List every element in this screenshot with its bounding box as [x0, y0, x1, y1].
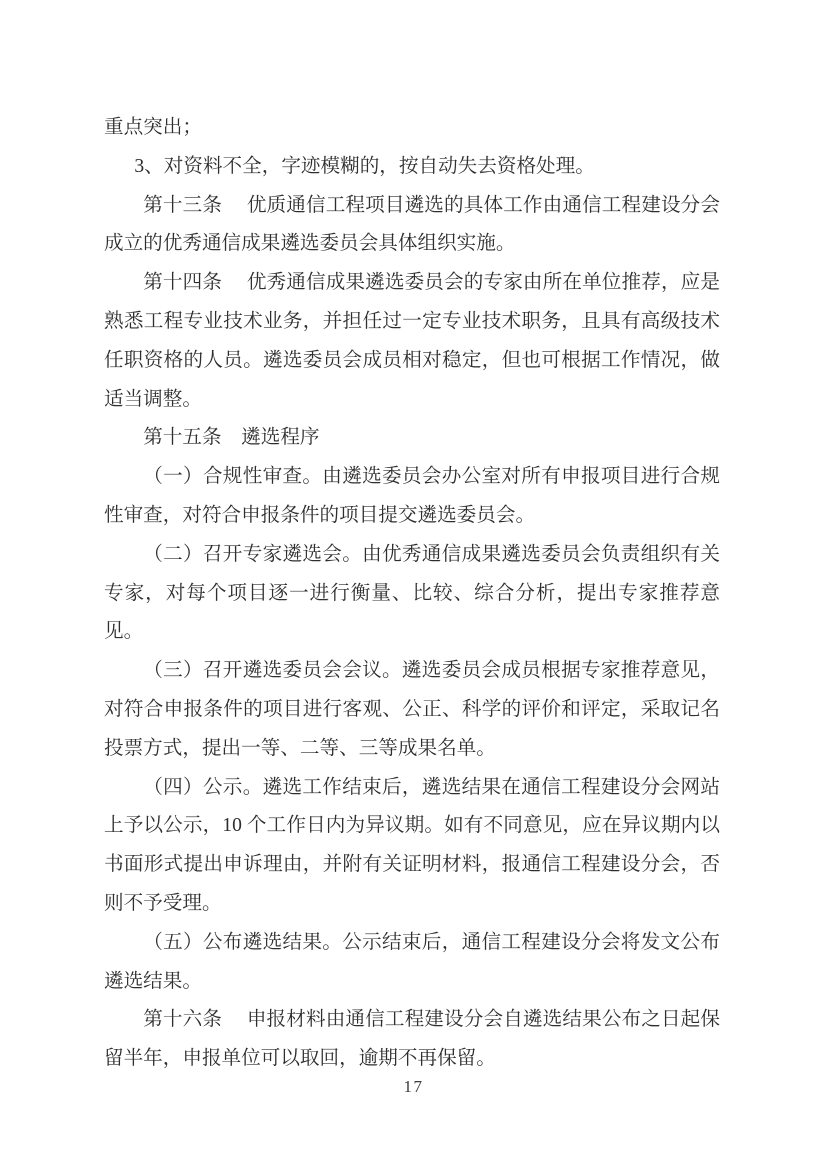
document-body: 重点突出； 3、对资料不全，字迹模糊的，按自动失去资格处理。 第十三条 优质通信…	[104, 109, 720, 1079]
paragraph-article-16: 第十六条 申报材料由通信工程建设分会自遴选结果公布之日起保留半年，申报单位可以取…	[104, 1001, 720, 1079]
paragraph-procedure-item-3: （三）召开遴选委员会会议。遴选委员会成员根据专家推荐意见，对符合申报条件的项目进…	[104, 652, 720, 768]
paragraph-list-item-3: 3、对资料不全，字迹模糊的，按自动失去资格处理。	[104, 148, 720, 187]
paragraph-article-13: 第十三条 优质通信工程项目遴选的具体工作由通信工程建设分会成立的优秀通信成果遴选…	[104, 187, 720, 265]
page-number: 17	[0, 1076, 827, 1098]
paragraph-procedure-item-4: （四）公示。遴选工作结束后，遴选结果在通信工程建设分会网站上予以公示，10 个工…	[104, 769, 720, 924]
paragraph-procedure-item-1: （一）合规性审查。由遴选委员会办公室对所有申报项目进行合规性审查，对符合申报条件…	[104, 458, 720, 536]
paragraph-procedure-item-5: （五）公布遴选结果。公示结束后，通信工程建设分会将发文公布遴选结果。	[104, 924, 720, 1002]
document-page: 重点突出； 3、对资料不全，字迹模糊的，按自动失去资格处理。 第十三条 优质通信…	[0, 0, 827, 1169]
paragraph-article-14: 第十四条 优秀通信成果遴选委员会的专家由所在单位推荐，应是熟悉工程专业技术业务，…	[104, 264, 720, 419]
paragraph-procedure-item-2: （二）召开专家遴选会。由优秀通信成果遴选委员会负责组织有关专家，对每个项目逐一进…	[104, 536, 720, 652]
paragraph-continuation: 重点突出；	[104, 109, 720, 148]
paragraph-article-15-heading: 第十五条 遴选程序	[104, 419, 720, 458]
